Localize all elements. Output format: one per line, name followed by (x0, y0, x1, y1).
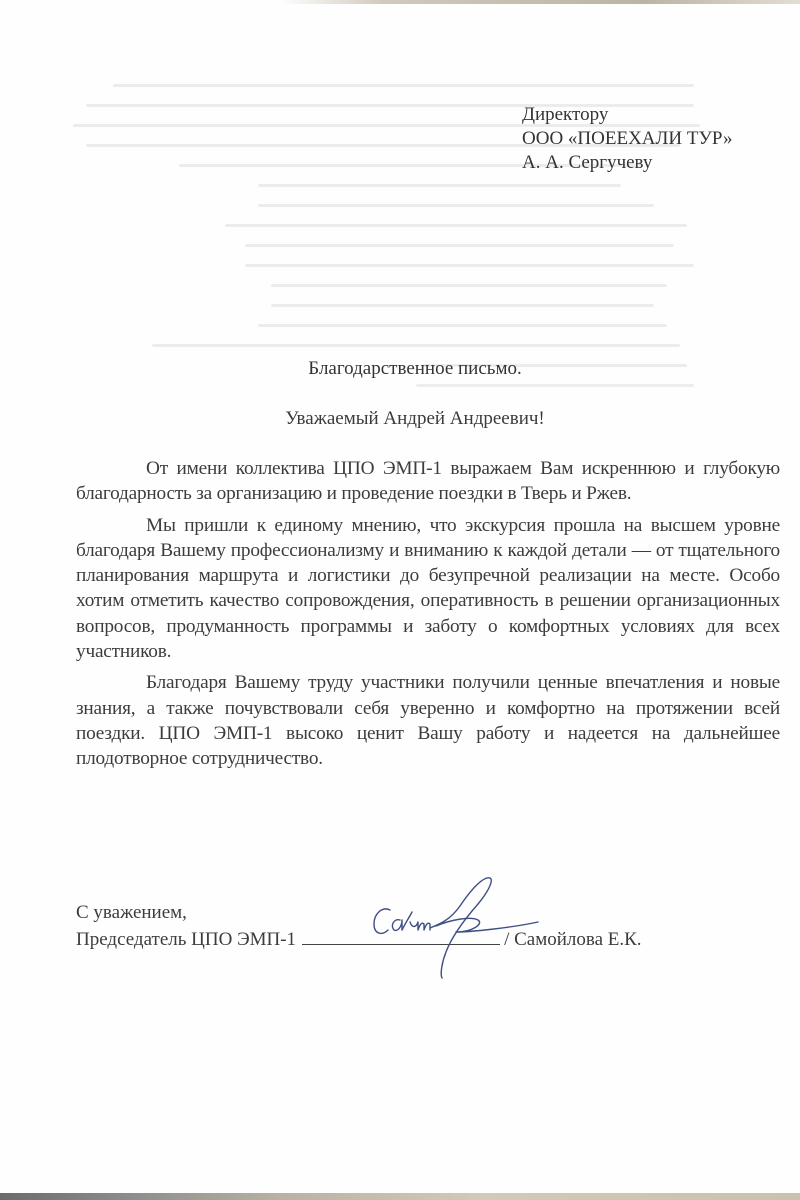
addressee-name: А. А. Сергучеву (522, 151, 732, 175)
signer-position: Председатель ЦПО ЭМП-1 (76, 927, 296, 953)
closing-regards: С уважением, (76, 900, 642, 926)
letter-title: Благодарственное письмо. (0, 358, 800, 380)
body-paragraph-2: Мы пришли к единому мнению, что экскурси… (76, 513, 780, 665)
addressee-company: ООО «ПОЕЕХАЛИ ТУР» (522, 127, 732, 151)
letter-page: Директору ООО «ПОЕЕХАЛИ ТУР» А. А. Сергу… (0, 0, 800, 1200)
body-paragraph-3: Благодаря Вашему труду участники получил… (76, 670, 780, 771)
letter-body: От имени коллектива ЦПО ЭМП-1 выражаем В… (76, 456, 780, 778)
handwritten-signature-icon (360, 862, 540, 982)
letter-greeting: Уважаемый Андрей Андреевич! (0, 408, 800, 430)
body-paragraph-1: От имени коллектива ЦПО ЭМП-1 выражаем В… (76, 456, 780, 507)
addressee-block: Директору ООО «ПОЕЕХАЛИ ТУР» А. А. Сергу… (522, 103, 732, 175)
signature-row: Председатель ЦПО ЭМП-1 / Самойлова Е.К. (76, 926, 642, 953)
scan-bottom-edge (0, 1193, 800, 1200)
closing-block: С уважением, Председатель ЦПО ЭМП-1 / Са… (76, 900, 642, 953)
addressee-title: Директору (522, 103, 732, 127)
scan-top-edge (280, 0, 800, 4)
